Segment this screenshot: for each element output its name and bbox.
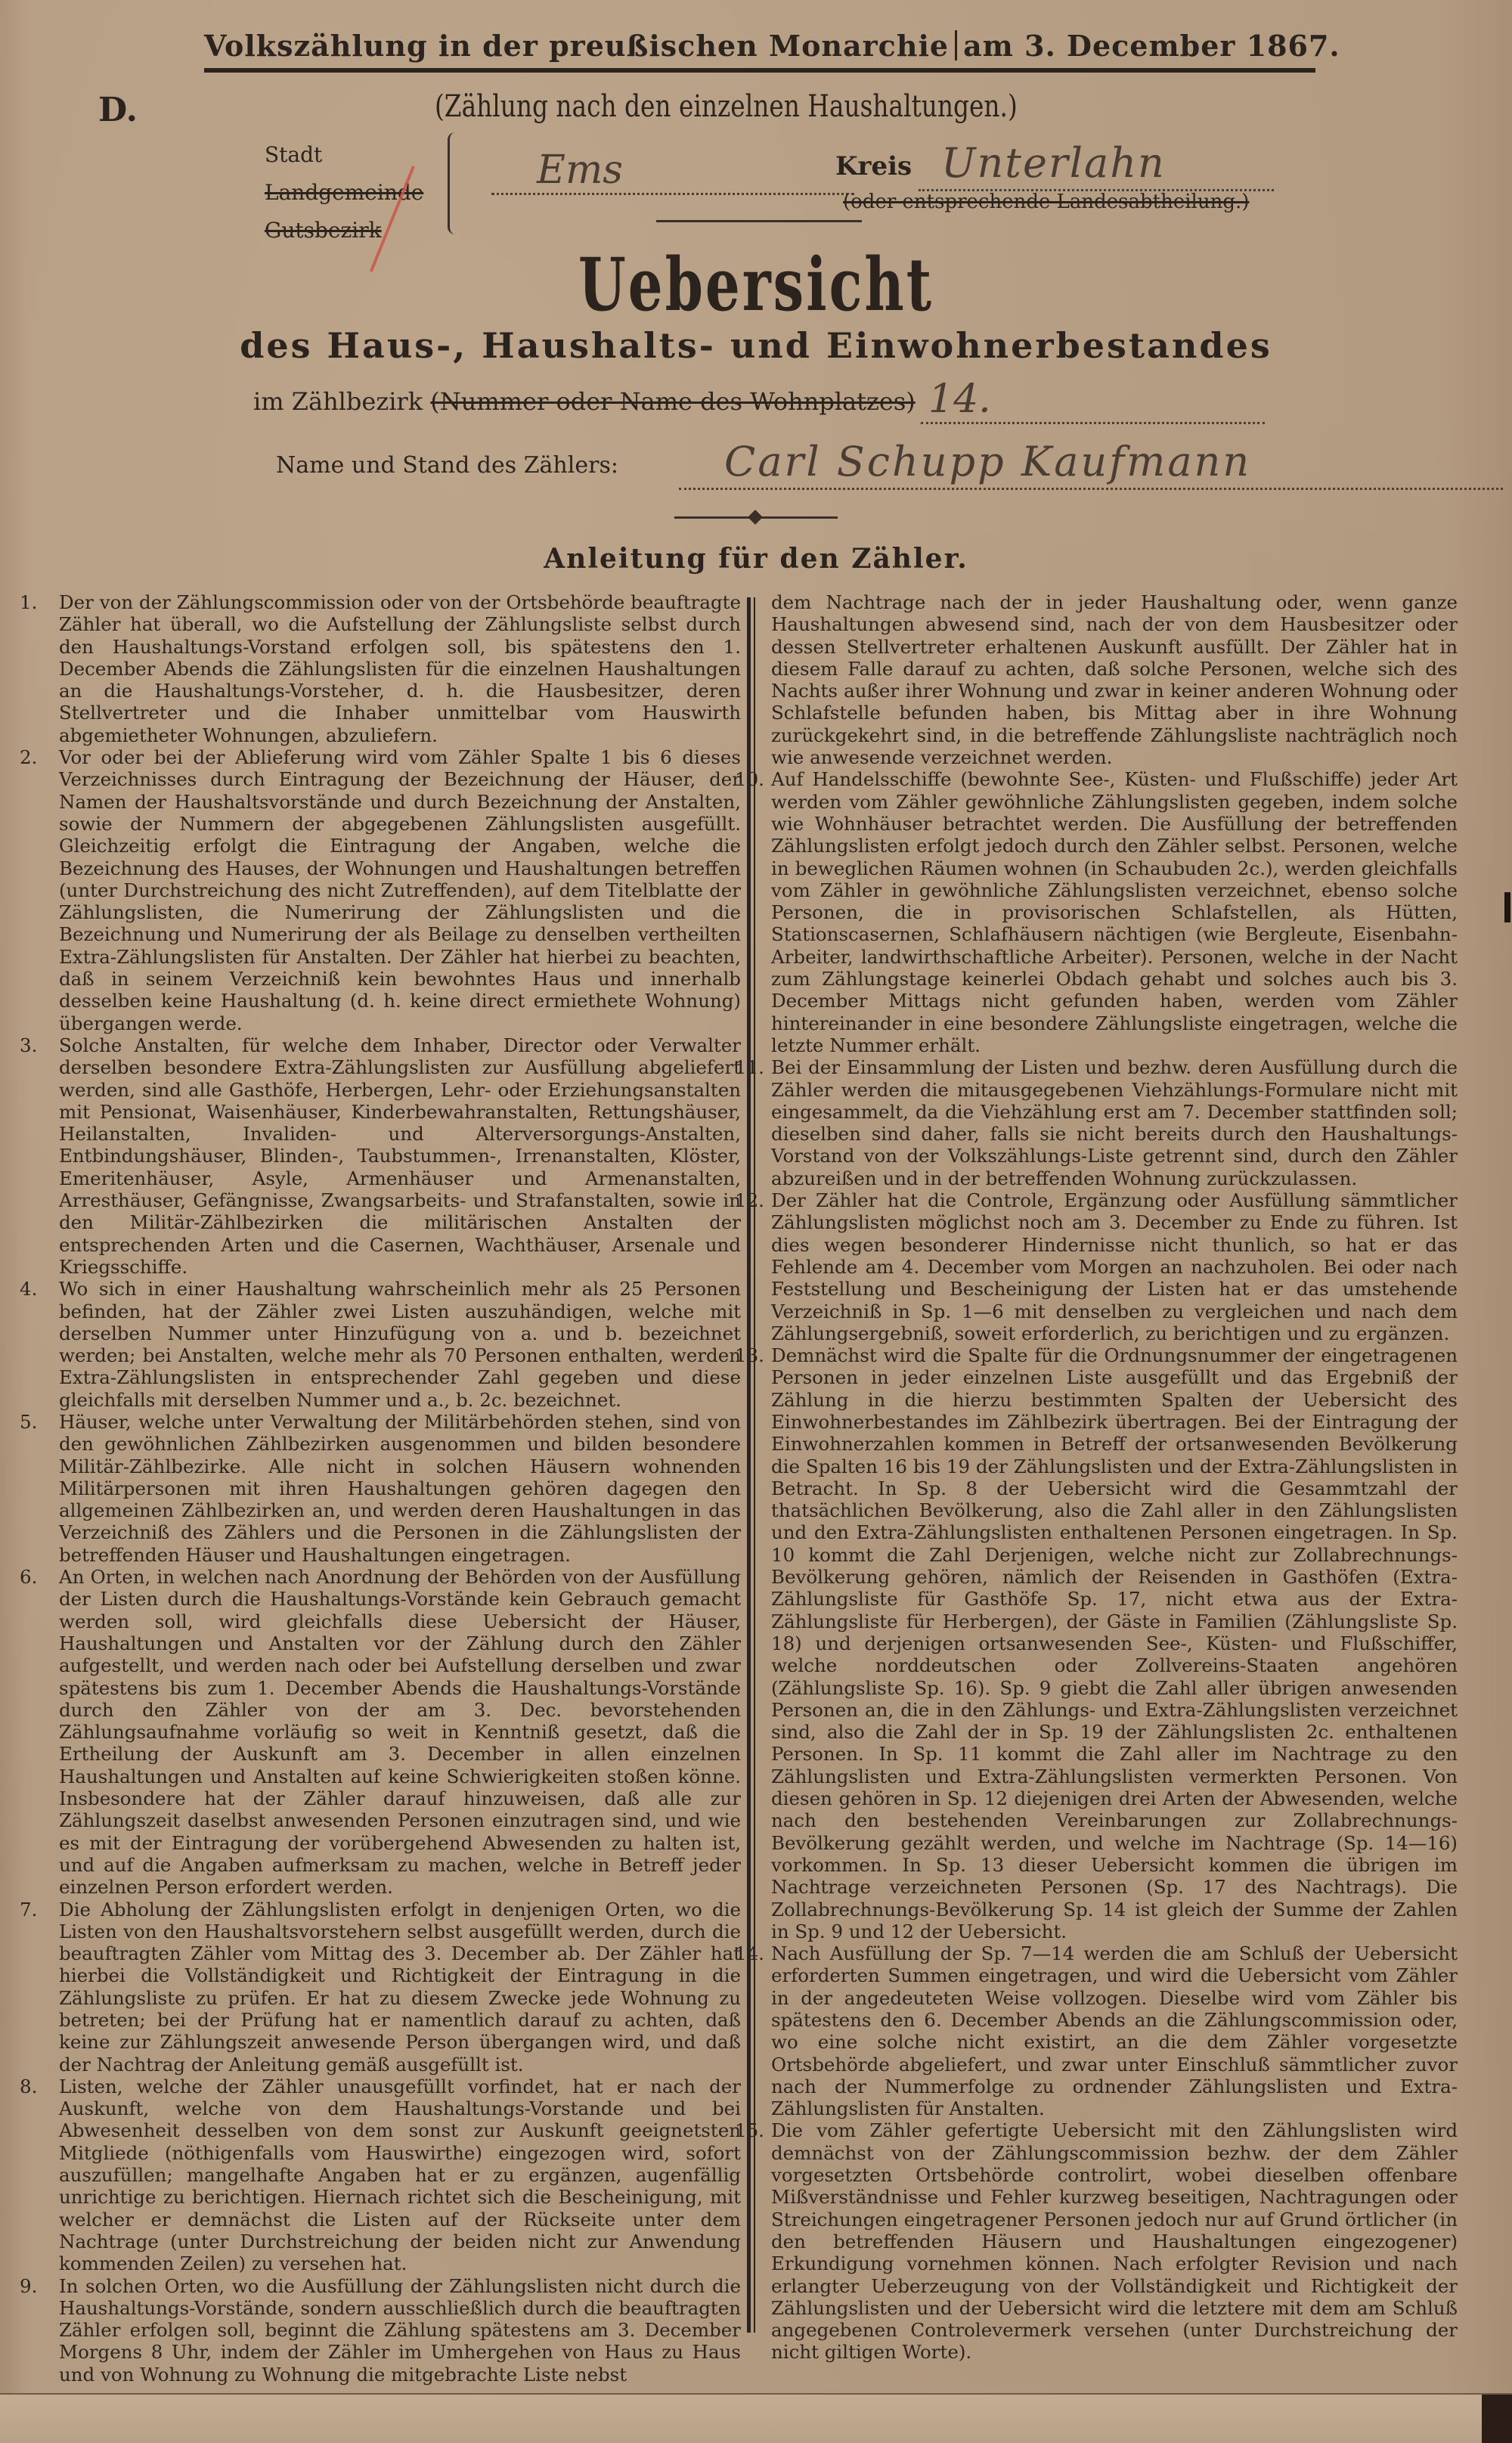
instruction-item-11: 11.Bei der Einsammlung der Listen und be…: [771, 1056, 1458, 1189]
item-text: Wo sich in einer Haushaltung wahrscheinl…: [59, 1278, 741, 1410]
item-number: 1.: [20, 591, 53, 613]
item-text: Der von der Zählungscommission oder von …: [59, 591, 741, 746]
item-number: 15.: [735, 2119, 768, 2141]
instruction-item-6: 6.An Orten, in welchen nach Anordnung de…: [59, 1566, 741, 1898]
column-divider-thin: [754, 597, 755, 2333]
item-text: Nach Ausfüllung der Sp. 7—14 werden die …: [771, 1942, 1458, 2119]
item-number: 10.: [735, 768, 768, 790]
header-rule: [204, 68, 1315, 73]
counter-name-field[interactable]: Carl Schupp Kaufmann: [679, 436, 1503, 490]
place-type-stadt: Stadt: [265, 136, 423, 174]
counter-label: Name und Stand des Zählers:: [276, 452, 618, 479]
instruction-item-9-continuation: dem Nachtrage nach der in jeder Haushalt…: [771, 591, 1458, 768]
place-type-list: Stadt Landgemeinde Gutsbezirk: [265, 136, 423, 250]
instruction-item-3: 3.Solche Anstalten, für welche dem Inhab…: [59, 1034, 741, 1278]
instruction-item-1: 1.Der von der Zählungscommission oder vo…: [59, 591, 741, 746]
item-text: Listen, welche der Zähler unausgefüllt v…: [59, 2076, 741, 2274]
item-number: 9.: [20, 2275, 53, 2297]
brace-divider: [448, 132, 460, 234]
item-number: 11.: [735, 1056, 768, 1078]
item-number: 8.: [20, 2076, 53, 2097]
item-text: Auf Handelsschiffe (bewohnte See-, Küste…: [771, 768, 1458, 1056]
census-header-date: am 3. December 1867.: [963, 29, 1340, 63]
item-number: 4.: [20, 1278, 53, 1300]
item-number: 13.: [735, 1344, 768, 1366]
instruction-item-12: 12.Der Zähler hat die Controle, Ergänzun…: [771, 1189, 1458, 1344]
instruction-item-7: 7.Die Abholung der Zählungslisten erfolg…: [59, 1899, 741, 2076]
instruction-item-14: 14.Nach Ausfüllung der Sp. 7—14 werden d…: [771, 1942, 1458, 2119]
item-number: 6.: [20, 1566, 53, 1588]
place-type-landgemeinde: Landgemeinde: [265, 174, 423, 212]
district-label-struck: (Nummer oder Name des Wohnplatzes): [430, 387, 915, 416]
item-number: 12.: [735, 1189, 768, 1211]
instruction-item-2: 2.Vor oder bei der Ablieferung wird vom …: [59, 746, 741, 1034]
main-subtitle: des Haus-, Haushalts- und Einwohnerbesta…: [0, 325, 1512, 366]
column-divider-thick: [747, 597, 751, 2333]
item-number: 14.: [735, 1942, 768, 1964]
page-bottom-edge: [0, 2393, 1512, 2443]
item-text: Die vom Zähler gefertigte Uebersicht mit…: [771, 2119, 1458, 2363]
short-rule: [656, 220, 862, 222]
instruction-item-10: 10.Auf Handelsschiffe (bewohnte See-, Kü…: [771, 768, 1458, 1056]
item-number: 3.: [20, 1034, 53, 1056]
instruction-item-8: 8.Listen, welche der Zähler unausgefüllt…: [59, 2076, 741, 2275]
instruction-item-15: 15.Die vom Zähler gefertigte Uebersicht …: [771, 2119, 1458, 2363]
kreis-field[interactable]: Unterlahn: [919, 138, 1274, 191]
kreis-label: Kreis: [835, 151, 912, 181]
instruction-item-5: 5.Häuser, welche unter Verwaltung der Mi…: [59, 1411, 741, 1566]
kreis-sublabel-struck: (oder entsprechende Landesabtheilung.): [843, 191, 1249, 213]
instructions-right-column: dem Nachtrage nach der in jeder Haushalt…: [771, 591, 1458, 2364]
census-header-title: Volkszählung in der preußischen Monarchi…: [204, 29, 1315, 63]
item-text: In solchen Orten, wo die Ausfüllung der …: [59, 2275, 741, 2386]
page-edge-mark: [1504, 892, 1510, 922]
header-separator: [955, 30, 957, 60]
item-text: Vor oder bei der Ablieferung wird vom Zä…: [59, 746, 741, 1034]
item-text: Der Zähler hat die Controle, Ergänzung o…: [771, 1189, 1458, 1344]
census-form-page: Volkszählung in der preußischen Monarchi…: [0, 0, 1512, 2393]
census-header-left: Volkszählung in der preußischen Monarchi…: [204, 29, 949, 63]
instruction-item-4: 4.Wo sich in einer Haushaltung wahrschei…: [59, 1278, 741, 1411]
district-number-field[interactable]: 14.: [921, 377, 1265, 424]
form-letter: D.: [98, 91, 138, 129]
place-name-field[interactable]: Ems: [491, 147, 854, 195]
item-text: Häuser, welche unter Verwaltung der Mili…: [59, 1411, 741, 1566]
item-number: 2.: [20, 746, 53, 768]
instruction-item-9: 9.In solchen Orten, wo die Ausfüllung de…: [59, 2275, 741, 2386]
district-label-line: im Zählbezirk (Nummer oder Name des Wohn…: [253, 387, 916, 416]
main-title: Uebersicht: [189, 242, 1323, 327]
item-text: Demnächst wird die Spalte für die Ordnun…: [771, 1344, 1458, 1942]
item-number: 7.: [20, 1899, 53, 1921]
instructions-heading: Anleitung für den Zähler.: [0, 543, 1512, 575]
item-text: An Orten, in welchen nach Anordnung der …: [59, 1566, 741, 1898]
item-text: Die Abholung der Zählungslisten erfolgt …: [59, 1899, 741, 2076]
instruction-item-13: 13.Demnächst wird die Spalte für die Ord…: [771, 1344, 1458, 1942]
instructions-left-column: 1.Der von der Zählungscommission oder vo…: [59, 591, 741, 2386]
ornament-divider: [674, 516, 838, 519]
torn-corner: [1482, 2395, 1512, 2443]
item-number: 5.: [20, 1411, 53, 1433]
item-text: Bei der Einsammlung der Listen und bezhw…: [771, 1056, 1458, 1189]
item-text: Solche Anstalten, für welche dem Inhaber…: [59, 1034, 741, 1278]
form-subtitle: (Zählung nach den einzelnen Haushaltunge…: [435, 89, 1018, 124]
district-label: im Zählbezirk: [253, 387, 423, 416]
